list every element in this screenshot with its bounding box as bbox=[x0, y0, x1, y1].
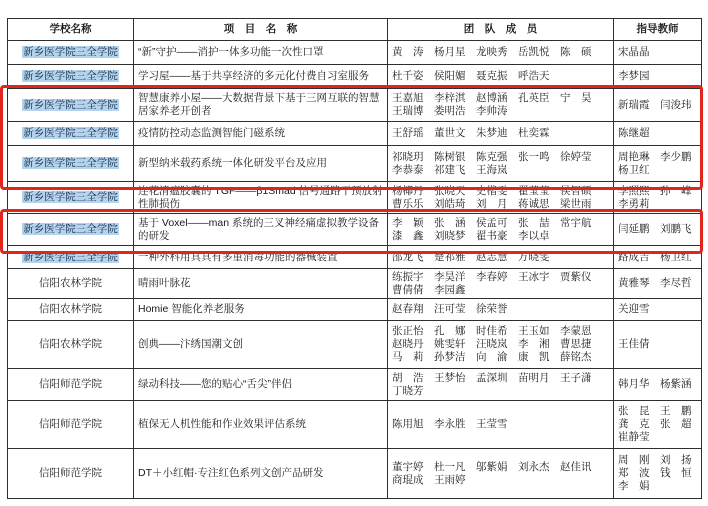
team-cell: 黄 涛 杨月星 龙映秀 岳凯悦 陈 硕 bbox=[388, 41, 614, 65]
team-cell: 王嘉旭 李梓淇 赵博涵 孔英臣 宁 昊 王瑞博 娄明浩 李帅涛 bbox=[388, 89, 614, 122]
advisor-cell: 张 昆 王 鹏 龚 克 张 超 崔静莹 bbox=[614, 401, 702, 449]
school-cell: 信阳农林学院 bbox=[8, 321, 134, 369]
table-row: 新乡医学院三全学院 “新”守护——消护一体多功能一次性口罩 黄 涛 杨月星 龙映… bbox=[8, 41, 702, 65]
team-cell: 杨椰丹 张晓天 史楷雯 翟莹莹 侯智硕 曹乐乐 刘皓琦 刘 月 蒋诚思 梁世雨 bbox=[388, 182, 614, 214]
advisor-cell: 路成吉 杨卫红 bbox=[614, 246, 702, 269]
project-cell: 一种外科用具具有多重消毒功能的器械装置 bbox=[134, 246, 388, 269]
team-cell: 赵春翔 汪可莹 徐荣誉 bbox=[388, 299, 614, 321]
table-row: 新乡医学院三全学院 基于 Voxel——man 系统的三叉神经痛虚拟教学设备的研… bbox=[8, 214, 702, 246]
school-cell: 新乡医学院三全学院 bbox=[8, 146, 134, 182]
school-name-highlighted: 新乡医学院三全学院 bbox=[22, 191, 119, 203]
advisor-cell: 王佳倩 bbox=[614, 321, 702, 369]
advisor-cell: 黄雅琴 李尽哲 bbox=[614, 269, 702, 299]
team-cell: 邵龙飞 楚祁雅 赵志慧 万晓雯 bbox=[388, 246, 614, 269]
table-row: 新乡医学院三全学院 连花清瘟胶囊的 TGF——β1Smad 信号通路干预放射性肺… bbox=[8, 182, 702, 214]
table-row: 新乡医学院三全学院 新型纳米载药系统一体化研发平台及应用 祁晓玥 陈树银 陈克强… bbox=[8, 146, 702, 182]
school-cell: 新乡医学院三全学院 bbox=[8, 214, 134, 246]
project-cell: DT＋小红帽·专注红色系列文创产品研发 bbox=[134, 449, 388, 499]
team-cell: 张正怡 孔 娜 时佳希 王玉如 李蒙恩 赵晓丹 姚雯轩 汪晓岚 李 湘 曹思捷 … bbox=[388, 321, 614, 369]
project-cell: 晴雨叶脉花 bbox=[134, 269, 388, 299]
project-cell: 连花清瘟胶囊的 TGF——β1Smad 信号通路干预放射性肺损伤 bbox=[134, 182, 388, 214]
school-name-highlighted: 新乡医学院三全学院 bbox=[22, 223, 119, 235]
team-cell: 王舒瑶 董世文 朱梦迪 杜奕霖 bbox=[388, 122, 614, 146]
project-cell: Homie 智能化养老服务 bbox=[134, 299, 388, 321]
school-cell: 新乡医学院三全学院 bbox=[8, 89, 134, 122]
project-cell: “新”守护——消护一体多功能一次性口罩 bbox=[134, 41, 388, 65]
school-name-highlighted: 新乡医学院三全学院 bbox=[22, 157, 119, 169]
advisor-cell: 周 刚 刘 扬 郑 波 钱 恒 李 娟 bbox=[614, 449, 702, 499]
table-row: 新乡医学院三全学院 学习屋——基于共享经济的多元化付费自习室服务 杜千姿 侯阳媚… bbox=[8, 65, 702, 89]
advisor-cell: 新瑞霞 闫浚玮 bbox=[614, 89, 702, 122]
project-cell: 创典——汴绣国潮文创 bbox=[134, 321, 388, 369]
project-cell: 基于 Voxel——man 系统的三叉神经痛虚拟教学设备的研发 bbox=[134, 214, 388, 246]
projects-table: 学校名称 项 目 名 称 团 队 成 员 指导教师 新乡医学院三全学院 “新”守… bbox=[7, 18, 702, 499]
school-name: 信阳师范学院 bbox=[39, 467, 102, 479]
advisor-cell: 关迎雪 bbox=[614, 299, 702, 321]
column-header-team: 团 队 成 员 bbox=[388, 19, 614, 41]
school-cell: 新乡医学院三全学院 bbox=[8, 122, 134, 146]
table-row: 新乡医学院三全学院 一种外科用具具有多重消毒功能的器械装置 邵龙飞 楚祁雅 赵志… bbox=[8, 246, 702, 269]
advisor-cell: 李照熙 孙 峰 李勇莉 bbox=[614, 182, 702, 214]
project-cell: 绿动科技——您的贴心“舌尖”伴侣 bbox=[134, 369, 388, 401]
school-name: 信阳农林学院 bbox=[39, 338, 102, 350]
school-cell: 新乡医学院三全学院 bbox=[8, 65, 134, 89]
school-cell: 信阳师范学院 bbox=[8, 401, 134, 449]
school-cell: 信阳师范学院 bbox=[8, 449, 134, 499]
school-name-highlighted: 新乡医学院三全学院 bbox=[22, 70, 119, 82]
projects-table-container: 学校名称 项 目 名 称 团 队 成 员 指导教师 新乡医学院三全学院 “新”守… bbox=[7, 18, 701, 499]
team-cell: 祁晓玥 陈树银 陈克强 张一鸣 徐婷莹 李恭泰 祁建飞 王海岚 bbox=[388, 146, 614, 182]
team-cell: 杜千姿 侯阳媚 聂克振 呼浩天 bbox=[388, 65, 614, 89]
advisor-cell: 宋晶晶 bbox=[614, 41, 702, 65]
table-row: 信阳师范学院 DT＋小红帽·专注红色系列文创产品研发 董宇婷 杜一凡 邬紫娟 刘… bbox=[8, 449, 702, 499]
school-name: 信阳农林学院 bbox=[39, 303, 102, 315]
team-cell: 陈用旭 李永胜 王莹雪 bbox=[388, 401, 614, 449]
school-cell: 新乡医学院三全学院 bbox=[8, 41, 134, 65]
advisor-cell: 周艳琳 李少鹏 杨卫红 bbox=[614, 146, 702, 182]
advisor-cell: 陈继超 bbox=[614, 122, 702, 146]
project-cell: 新型纳米载药系统一体化研发平台及应用 bbox=[134, 146, 388, 182]
table-row: 新乡医学院三全学院 疫情防控动态监测智能门磁系统 王舒瑶 董世文 朱梦迪 杜奕霖… bbox=[8, 122, 702, 146]
project-cell: 植保无人机性能和作业效果评估系统 bbox=[134, 401, 388, 449]
school-name-highlighted: 新乡医学院三全学院 bbox=[22, 127, 119, 139]
school-name-highlighted: 新乡医学院三全学院 bbox=[22, 251, 119, 263]
school-name: 信阳农林学院 bbox=[39, 277, 102, 289]
table-row: 新乡医学院三全学院 智慧康养小屋——大数据背景下基于三网互联的智慧居家养老开创者… bbox=[8, 89, 702, 122]
table-row: 信阳师范学院 植保无人机性能和作业效果评估系统 陈用旭 李永胜 王莹雪 张 昆 … bbox=[8, 401, 702, 449]
advisor-cell: 闫延鹏 刘鹏飞 bbox=[614, 214, 702, 246]
school-name-highlighted: 新乡医学院三全学院 bbox=[22, 99, 119, 111]
project-cell: 疫情防控动态监测智能门磁系统 bbox=[134, 122, 388, 146]
advisor-cell: 韩月华 杨紫涵 bbox=[614, 369, 702, 401]
advisor-cell: 李梦园 bbox=[614, 65, 702, 89]
school-name-highlighted: 新乡医学院三全学院 bbox=[22, 46, 119, 58]
table-row: 信阳师范学院 绿动科技——您的贴心“舌尖”伴侣 胡 浩 王梦怡 孟深圳 苗明月 … bbox=[8, 369, 702, 401]
school-name: 信阳师范学院 bbox=[39, 418, 102, 430]
table-row: 信阳农林学院 Homie 智能化养老服务 赵春翔 汪可莹 徐荣誉 关迎雪 bbox=[8, 299, 702, 321]
school-cell: 信阳农林学院 bbox=[8, 299, 134, 321]
school-cell: 新乡医学院三全学院 bbox=[8, 246, 134, 269]
column-header-project: 项 目 名 称 bbox=[134, 19, 388, 41]
project-cell: 学习屋——基于共享经济的多元化付费自习室服务 bbox=[134, 65, 388, 89]
team-cell: 李 颖 张 涵 侯孟可 张 喆 常宇航 漆 鑫 刘晓梦 翟书豪 李以卓 bbox=[388, 214, 614, 246]
team-cell: 胡 浩 王梦怡 孟深圳 苗明月 王子潇 丁晓芳 bbox=[388, 369, 614, 401]
team-cell: 董宇婷 杜一凡 邬紫娟 刘永杰 赵佳讯 商琨成 王雨婷 bbox=[388, 449, 614, 499]
column-header-advisor: 指导教师 bbox=[614, 19, 702, 41]
school-cell: 信阳农林学院 bbox=[8, 269, 134, 299]
school-cell: 新乡医学院三全学院 bbox=[8, 182, 134, 214]
team-cell: 练振宇 李昊洋 李春婷 王冰宇 贾紫仪 曹倩倩 李园鑫 bbox=[388, 269, 614, 299]
document-page: { "colors": { "annotation_box": "#e1251b… bbox=[0, 0, 708, 506]
column-header-school: 学校名称 bbox=[8, 19, 134, 41]
table-row: 信阳农林学院 创典——汴绣国潮文创 张正怡 孔 娜 时佳希 王玉如 李蒙恩 赵晓… bbox=[8, 321, 702, 369]
school-name: 信阳师范学院 bbox=[39, 378, 102, 390]
header-row: 学校名称 项 目 名 称 团 队 成 员 指导教师 bbox=[8, 19, 702, 41]
school-cell: 信阳师范学院 bbox=[8, 369, 134, 401]
project-cell: 智慧康养小屋——大数据背景下基于三网互联的智慧居家养老开创者 bbox=[134, 89, 388, 122]
table-row: 信阳农林学院 晴雨叶脉花 练振宇 李昊洋 李春婷 王冰宇 贾紫仪 曹倩倩 李园鑫… bbox=[8, 269, 702, 299]
